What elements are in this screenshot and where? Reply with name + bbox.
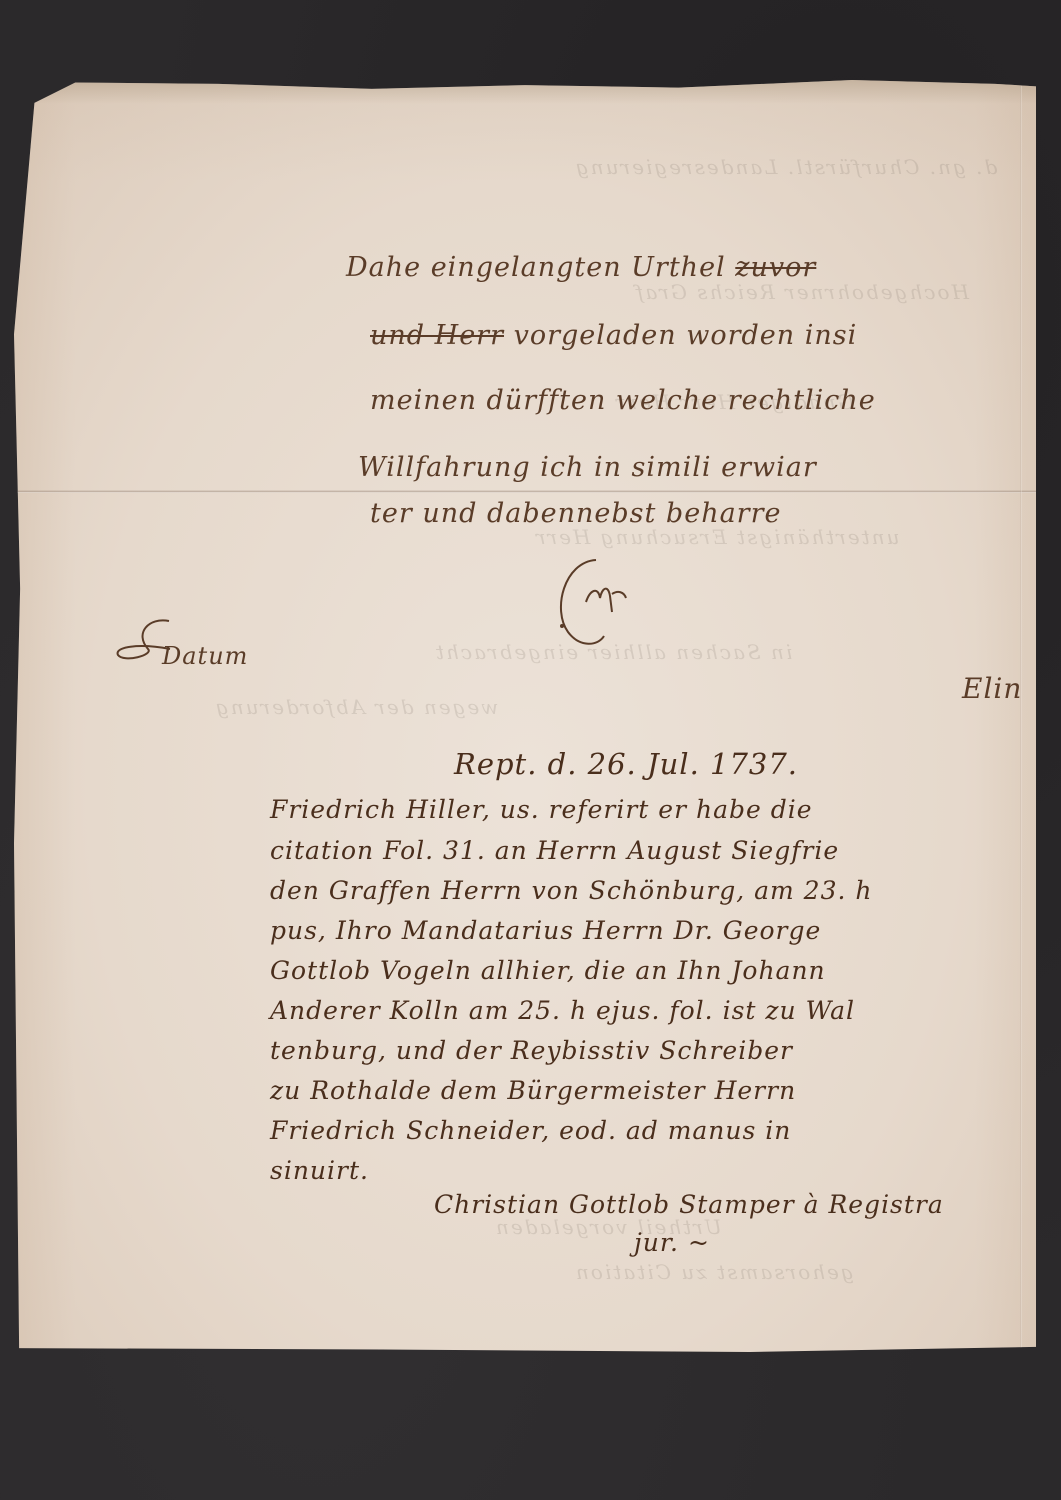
- document-page: d. gn. Churfürstl. Landesregierung Hochg…: [14, 80, 1036, 1352]
- struck-word: zuvor: [735, 252, 816, 283]
- record-line-10: sinuirt.: [270, 1156, 369, 1185]
- letter-line-5: ter und dabennebst beharre: [370, 498, 781, 529]
- record-line-1: Friedrich Hiller, us. referirt er habe d…: [270, 795, 813, 824]
- struck-word: und Herr: [370, 320, 504, 351]
- record-line-7: tenburg, und der Reybisstiv Schreiber: [270, 1036, 793, 1065]
- letter-line-1: Dahe eingelangten Urthel zuvor: [346, 252, 816, 283]
- letter-line-1-text: Dahe eingelangten Urthel: [346, 252, 726, 283]
- letter-line-2-text: vorgeladen worden insi: [514, 320, 858, 351]
- letter-signature-right: Elin: [962, 672, 1022, 705]
- letter-line-3: meinen dürfften welche rechtliche: [370, 385, 876, 416]
- record-line-3: den Graffen Herrn von Schönburg, am 23. …: [270, 876, 873, 905]
- record-line-2: citation Fol. 31. an Herrn August Siegfr…: [270, 836, 839, 865]
- record-signature: Christian Gottlob Stamper à Registra: [434, 1190, 944, 1219]
- record-signature-suffix: jur. ~: [634, 1228, 710, 1257]
- bleed-through-line: in Sachen allhier eingebracht: [434, 640, 792, 664]
- record-line-9: Friedrich Schneider, eod. ad manus in: [270, 1116, 791, 1145]
- letter-line-2: und Herr vorgeladen worden insi: [370, 320, 857, 351]
- datum-label: Datum: [162, 642, 248, 670]
- letter-line-4: Willfahrung ich in simili erwiar: [358, 452, 817, 483]
- bleed-through-line: wegen der Abforderung: [214, 695, 498, 719]
- record-line-4: pus, Ihro Mandatarius Herrn Dr. George: [270, 916, 821, 945]
- bleed-through-line: gehorsamst zu Citation: [574, 1260, 854, 1284]
- closing-mark-text: Mp: [610, 590, 614, 591]
- record-line-6: Anderer Kolln am 25. h ejus. fol. ist zu…: [270, 996, 855, 1025]
- record-heading: Rept. d. 26. Jul. 1737.: [454, 747, 798, 781]
- bleed-through-line: Hochgebohrner Reichs Graf: [634, 280, 969, 304]
- vertical-fold-line: [1020, 80, 1022, 1352]
- record-line-5: Gottlob Vogeln allhier, die an Ihn Johan…: [270, 956, 826, 985]
- record-line-8: zu Rothalde dem Bürgermeister Herrn: [270, 1076, 796, 1105]
- bleed-through-line: d. gn. Churfürstl. Landesregierung: [574, 155, 997, 179]
- horizontal-fold-line: [14, 490, 1036, 493]
